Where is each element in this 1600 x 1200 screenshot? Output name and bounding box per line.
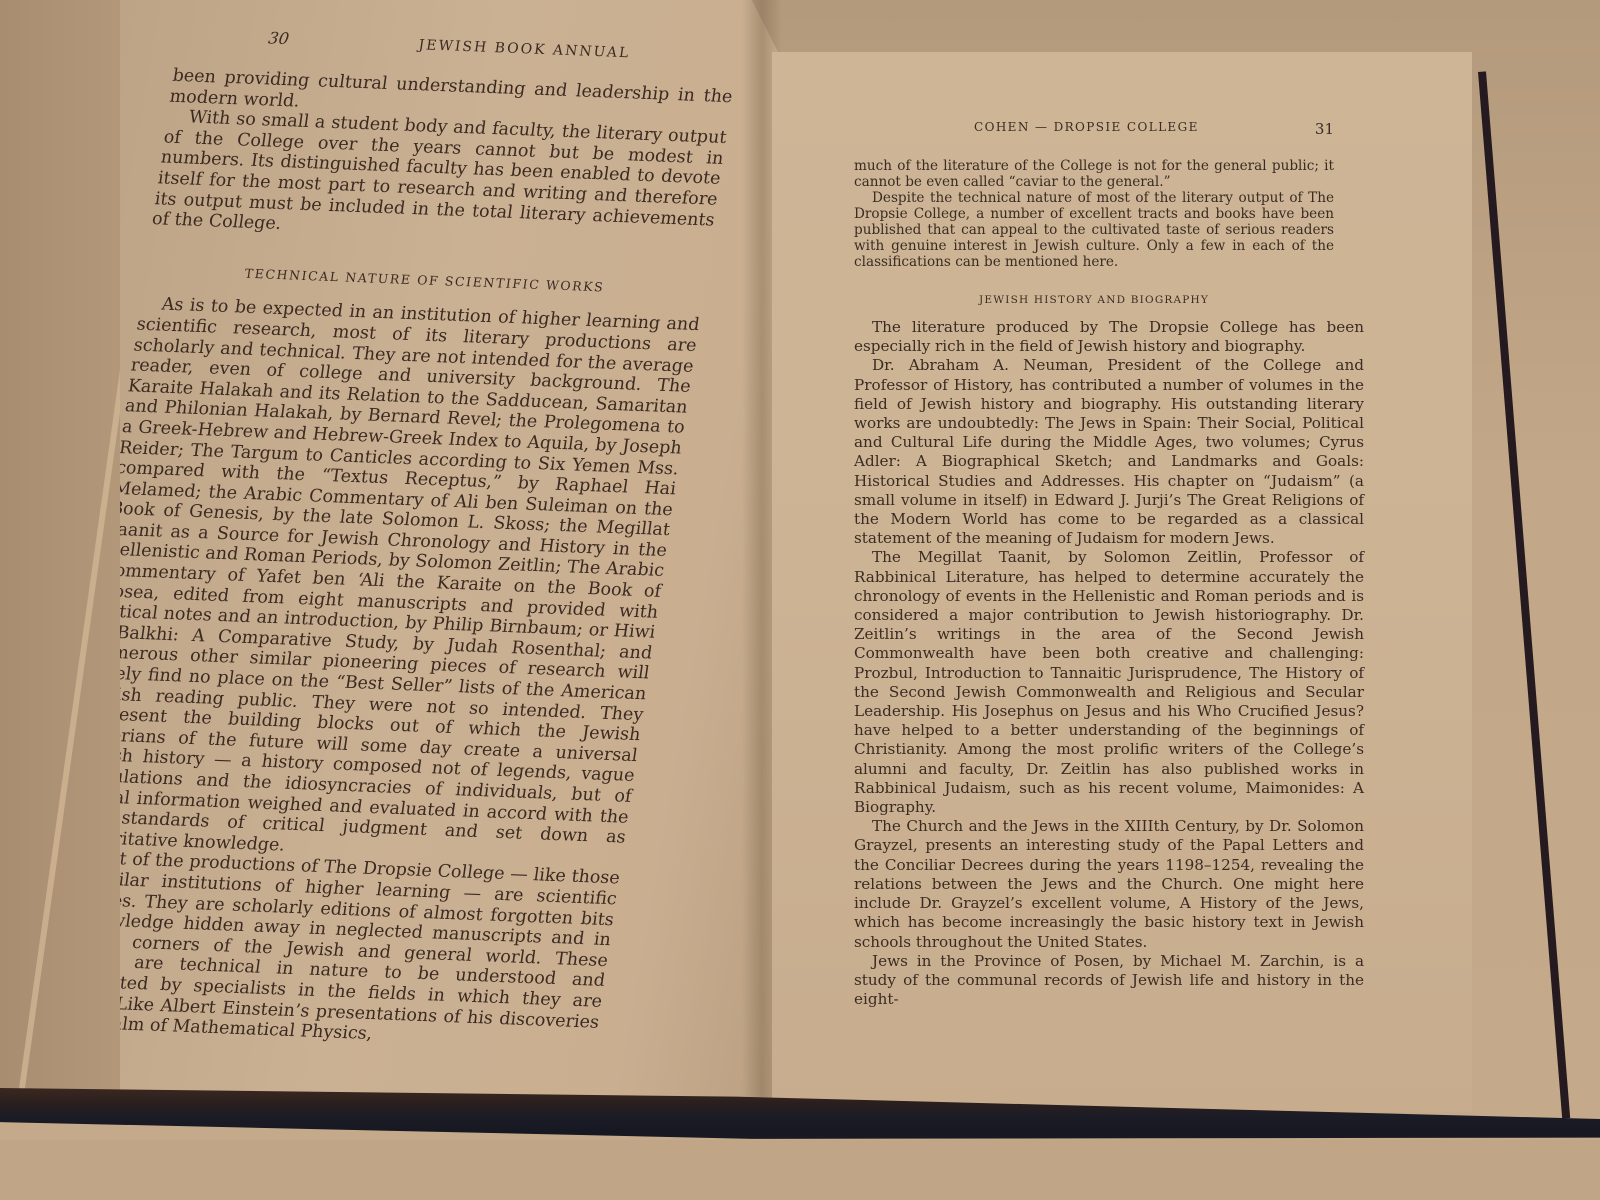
running-head-title-right: COHEN — DROPSIE COLLEGE: [974, 120, 1199, 138]
page-number-right: 31: [1315, 120, 1334, 138]
running-head-title-left: JEWISH BOOK ANNUAL: [417, 37, 631, 61]
page-number-left: 30: [267, 28, 290, 48]
paragraph: Dr. Abraham A. Neuman, President of the …: [854, 356, 1364, 548]
running-head-left: 30 JEWISH BOOK ANNUAL: [267, 28, 739, 65]
paragraph: Despite the technical nature of most of …: [854, 190, 1334, 270]
paragraph: With so small a student body and faculty…: [150, 107, 727, 251]
paragraph: The literature produced by The Dropsie C…: [854, 318, 1364, 356]
paragraph: The Church and the Jews in the XIIIth Ce…: [854, 817, 1364, 951]
left-page: 30 JEWISH BOOK ANNUAL been providing cul…: [120, 0, 785, 1100]
paragraph: much of the literature of the College is…: [854, 158, 1334, 190]
running-head-right: COHEN — DROPSIE COLLEGE 31: [974, 120, 1334, 138]
paragraph: As is to be expected in an institution o…: [61, 294, 700, 869]
section-heading-left: TECHNICAL NATURE OF SCIENTIFIC WORKS: [143, 260, 706, 302]
paragraph: Jews in the Province of Posen, by Michae…: [854, 952, 1364, 1010]
right-page: COHEN — DROPSIE COLLEGE 31 much of the l…: [772, 52, 1472, 1112]
section-heading-right: JEWISH HISTORY AND BIOGRAPHY: [854, 292, 1334, 308]
table-surface: [0, 1140, 1600, 1200]
paragraph: Most of the productions of The Dropsie C…: [35, 847, 621, 1053]
paragraph: The Megillat Taanit, by Solomon Zeitlin,…: [854, 548, 1364, 817]
